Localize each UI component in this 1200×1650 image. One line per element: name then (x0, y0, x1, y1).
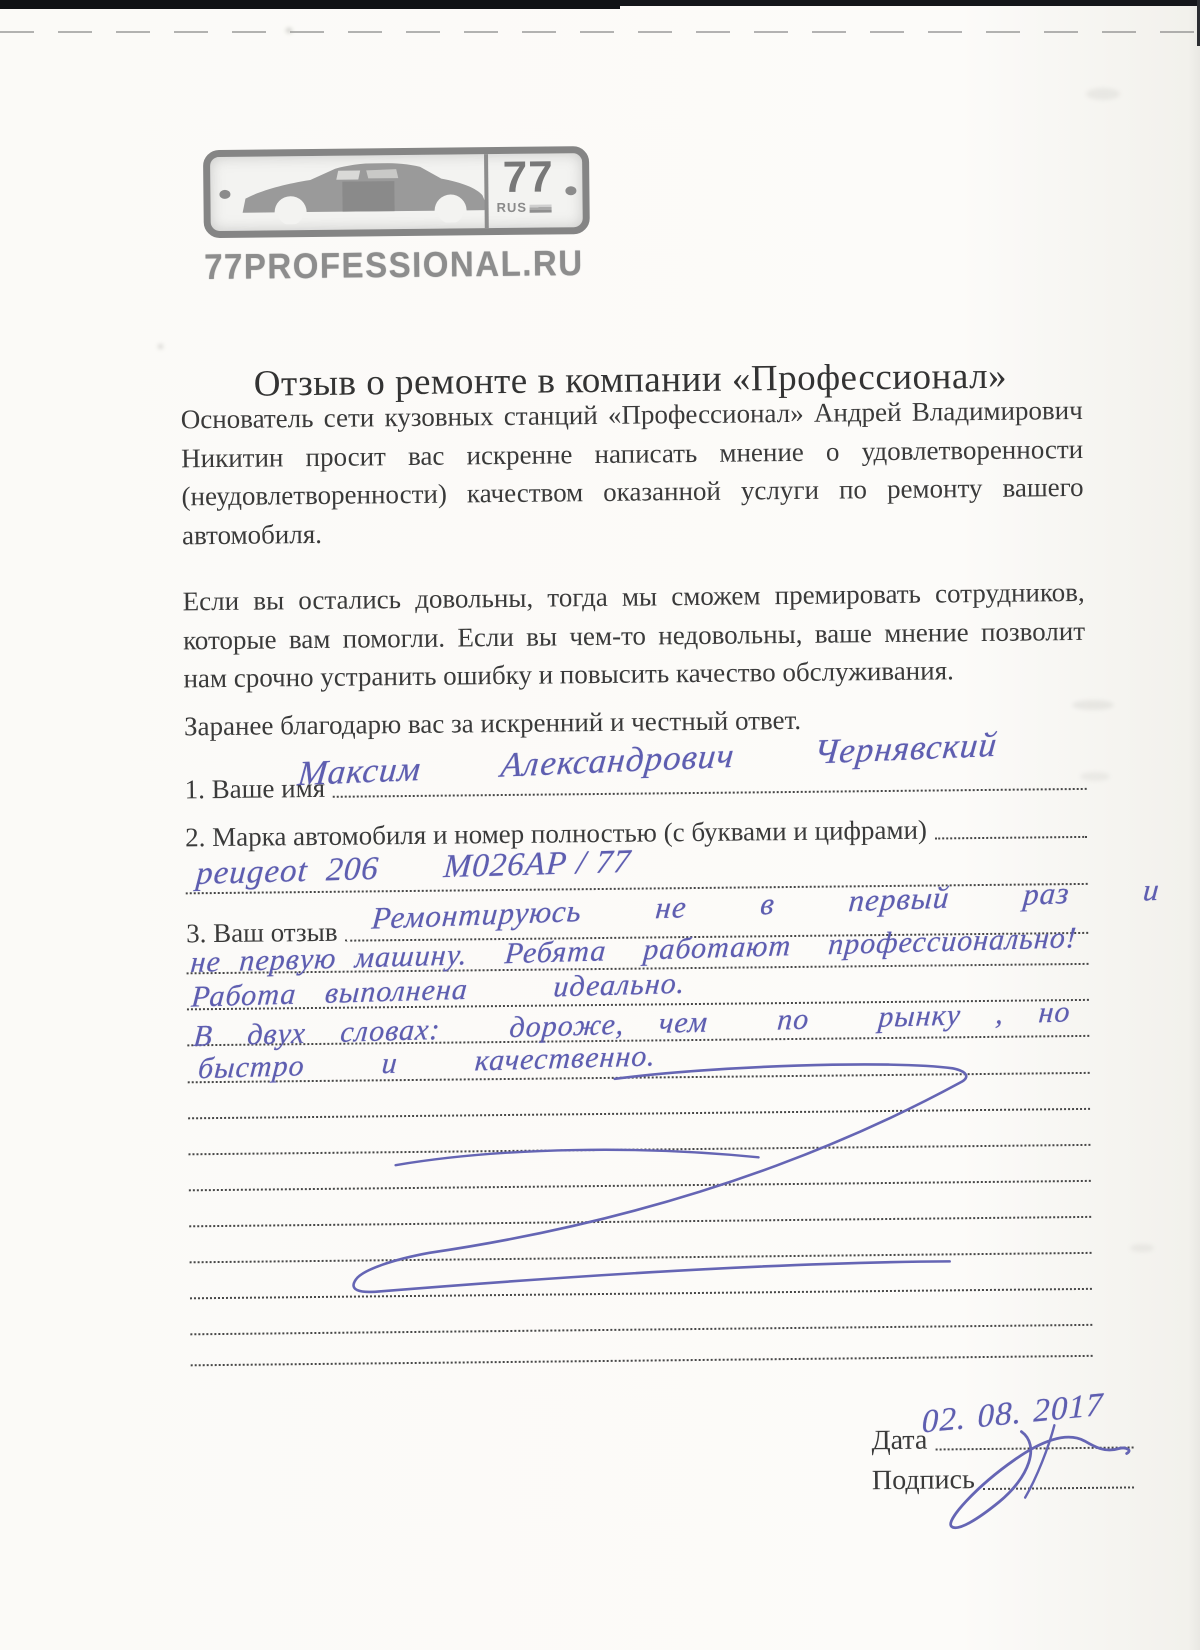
plate-bolt-icon (219, 190, 230, 199)
company-logo: 77 RUS 77PROFESSIONAL.RU (203, 146, 590, 286)
date-label: Дата (871, 1425, 927, 1458)
plate-region-block: 77 RUS (484, 153, 563, 228)
plate-bolt-icon (565, 186, 576, 195)
plate-region-label: RUS (497, 200, 528, 215)
question-2-row: 2. Марка автомобиля и номер полностью (с… (185, 813, 1087, 853)
handwritten-signature (936, 1418, 1157, 1550)
intro-paragraph-2: Если вы остались довольны, тогда мы смож… (183, 577, 1086, 702)
handwritten-flourish-stroke (332, 1046, 995, 1303)
logo-site-text: 77PROFESSIONAL.RU (204, 243, 590, 288)
answer-dotted-line (935, 835, 1087, 840)
intro-paragraph-1: Основатель сети кузовных станций «Профес… (181, 395, 1085, 558)
plate-region-row: RUS (497, 199, 563, 215)
empty-dotted-line (190, 1324, 1092, 1335)
scanned-feedback-form: 77 RUS 77PROFESSIONAL.RU Отзыв о ремонте… (0, 0, 1200, 1650)
paragraph-line: нам срочно устранить ошибку и повысить к… (183, 654, 1085, 702)
plate-number: 77 (494, 155, 562, 200)
paragraph-line: автомобиля. (182, 510, 1084, 558)
answer-dotted-line (333, 787, 1087, 798)
car-silhouette-icon (238, 162, 489, 225)
license-plate-frame: 77 RUS (203, 146, 590, 238)
empty-dotted-line (191, 1355, 1093, 1366)
flag-icon (530, 204, 552, 212)
document-content: 77 RUS 77PROFESSIONAL.RU Отзыв о ремонте… (0, 0, 1200, 1650)
